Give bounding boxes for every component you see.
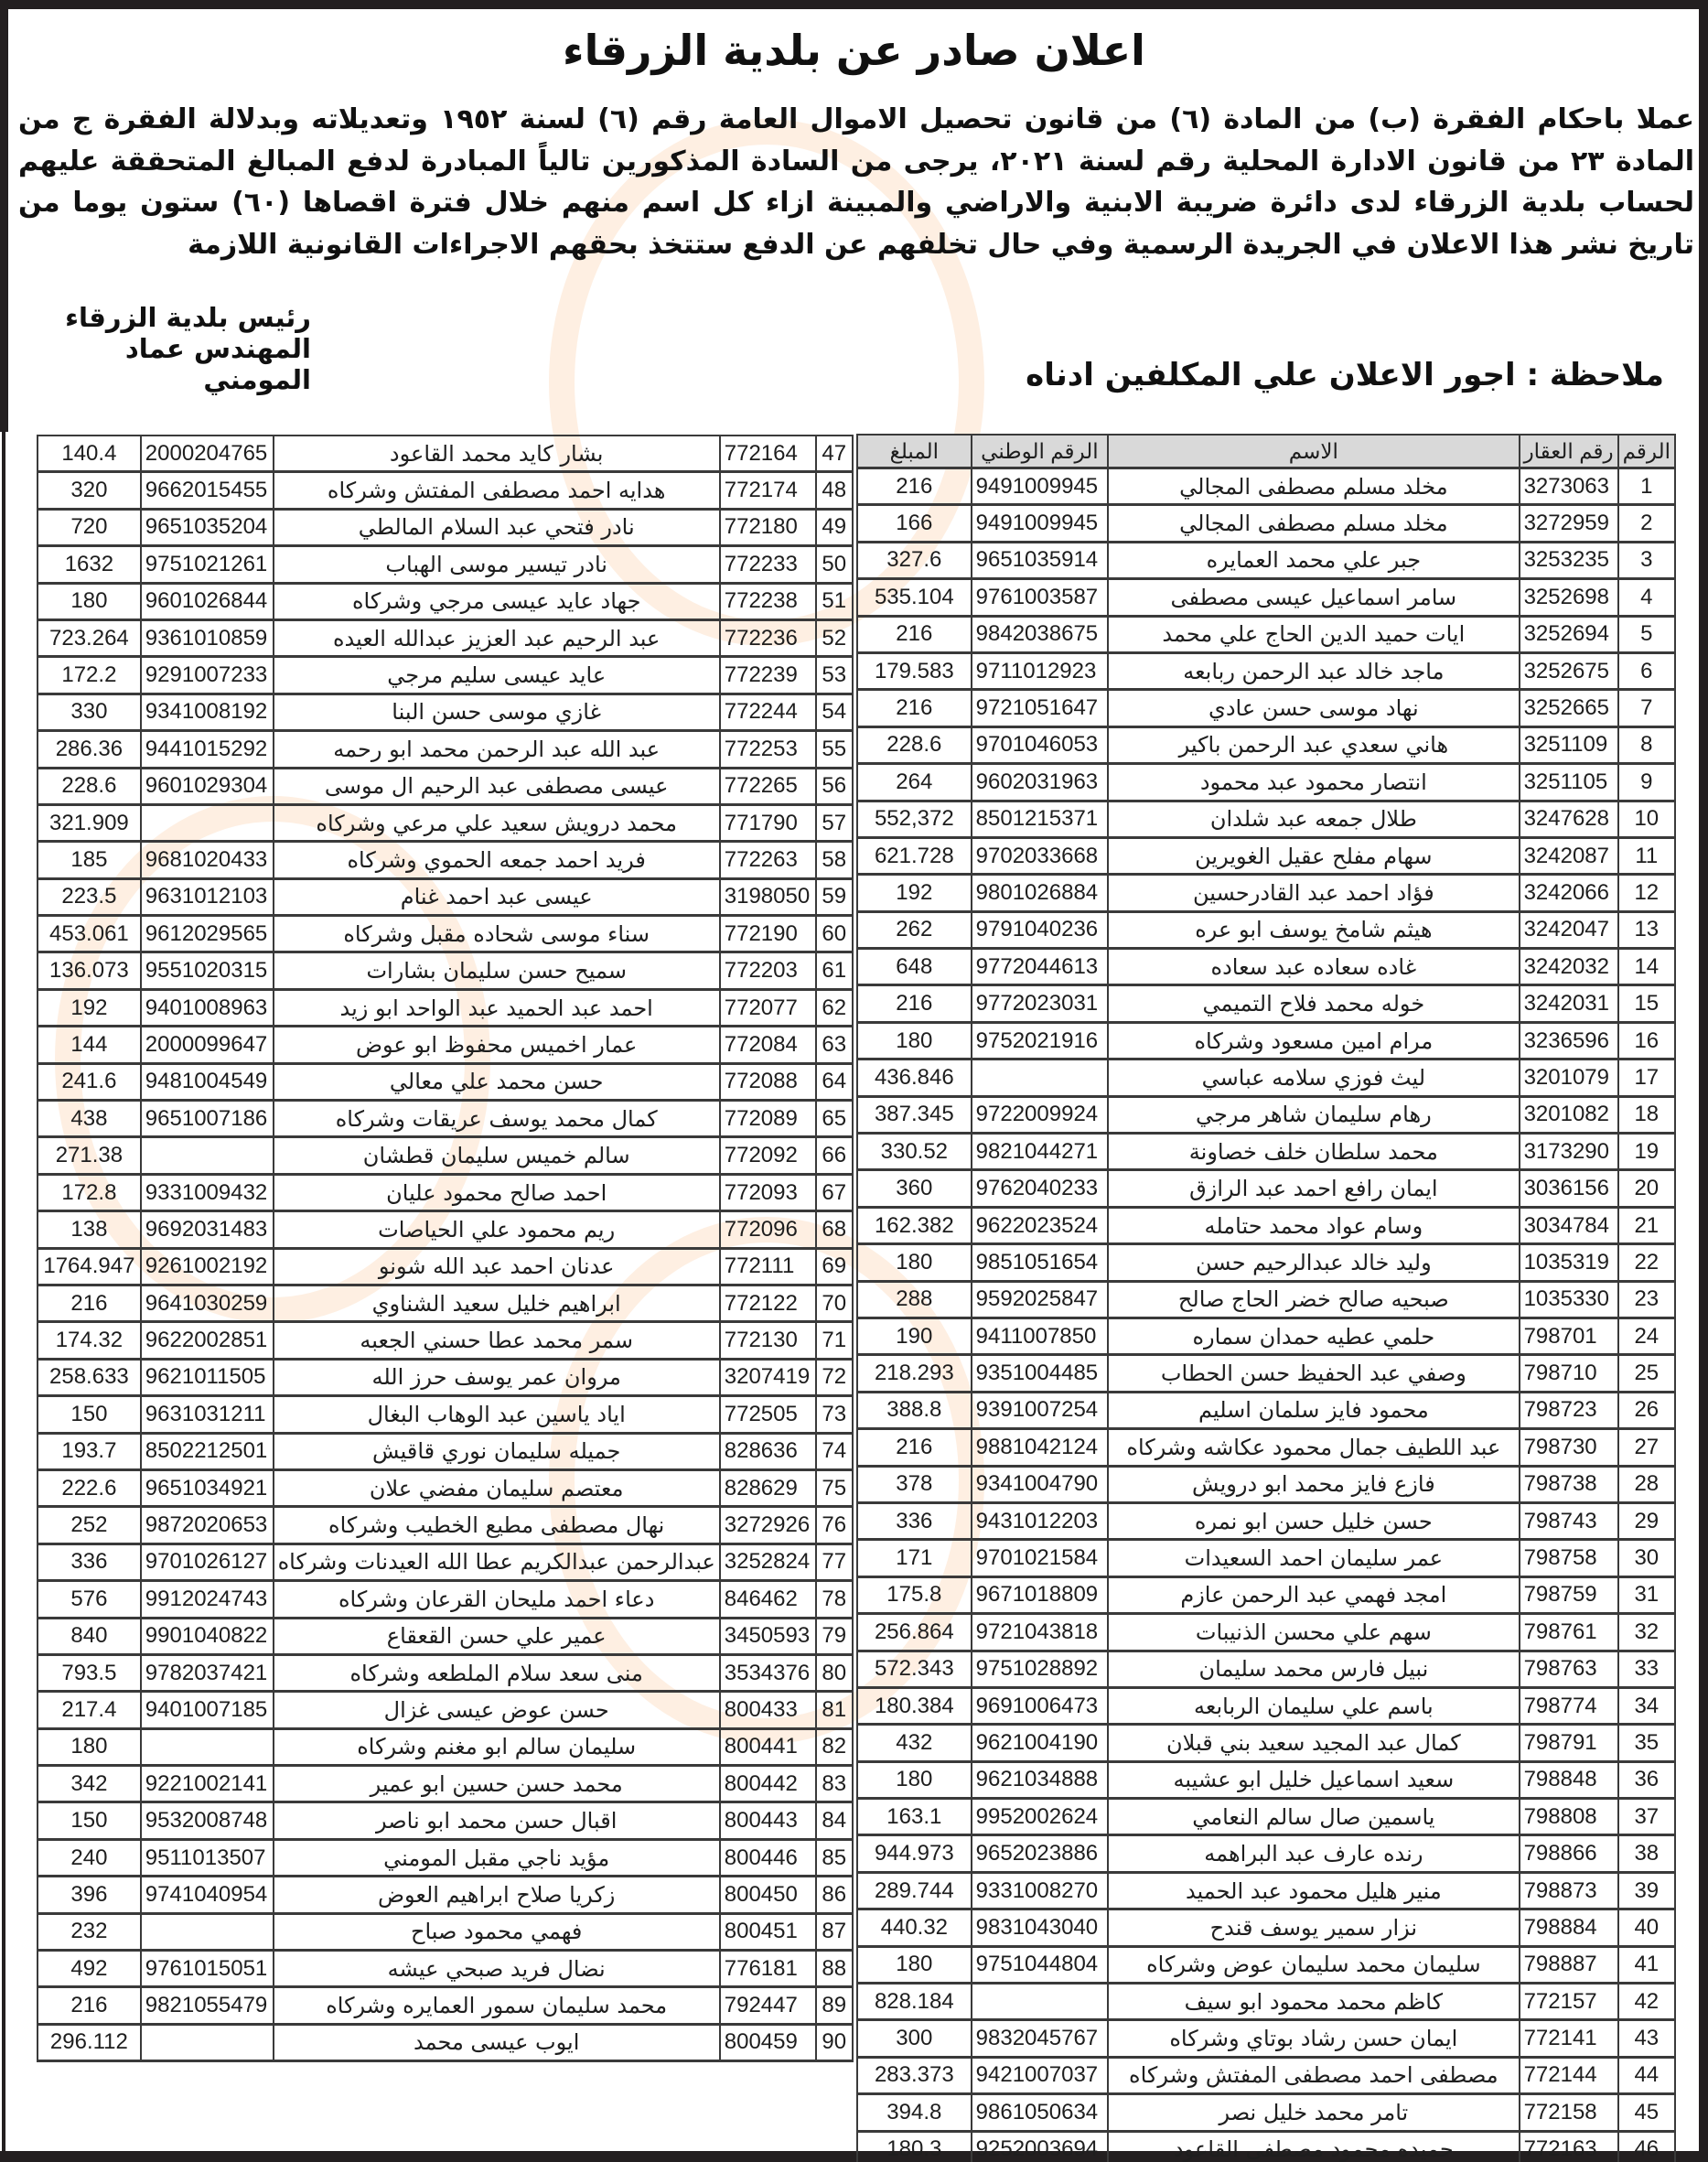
- taxpayer-name: مصطفى احمد مصطفى المفتش وشركاه: [1108, 2057, 1519, 2093]
- taxpayer-name: سالم خميس سليمان قطشان: [274, 1137, 720, 1174]
- signature-name: المهندس عماد المومني: [37, 333, 311, 395]
- national-id: 9291007233: [141, 657, 274, 694]
- amount-due: 216: [857, 690, 972, 726]
- property-number: 3252694: [1520, 616, 1618, 652]
- national-id: 9331009432: [141, 1174, 274, 1210]
- table-row: 193173290محمد سلطان خلف خصاونة9821044271…: [857, 1134, 1675, 1170]
- row-index: 37: [1618, 1799, 1675, 1835]
- taxpayer-name: عايد عيسى سليم مرجي: [274, 657, 720, 694]
- row-index: 69: [816, 1248, 853, 1285]
- amount-due: 436.846: [857, 1059, 972, 1096]
- taxpayer-name: تامر محمد خليل نصر: [1108, 2094, 1519, 2131]
- property-number: 800442: [720, 1766, 816, 1802]
- table-row: 803534376منى سعد سلام الملطعه وشركاه9782…: [38, 1654, 853, 1691]
- property-number: 772157: [1520, 1984, 1618, 2020]
- property-number: 772141: [1520, 2020, 1618, 2057]
- row-index: 44: [1618, 2057, 1675, 2093]
- row-index: 39: [1618, 1872, 1675, 1909]
- property-number: 3272926: [720, 1507, 816, 1544]
- property-number: 798763: [1520, 1651, 1618, 1687]
- property-number: 772239: [720, 657, 816, 694]
- amount-due: 342: [38, 1766, 141, 1802]
- national-id: 9351004485: [972, 1355, 1108, 1392]
- amount-due: 440.32: [857, 1909, 972, 1946]
- national-id: 9631031211: [141, 1396, 274, 1433]
- taxpayer-name: هيثم شامخ يوسف ابو عره: [1108, 911, 1519, 948]
- property-number: 772093: [720, 1174, 816, 1210]
- national-id: 9831043040: [972, 1909, 1108, 1946]
- signature-block: رئيس بلدية الزرقاء المهندس عماد المومني: [37, 302, 311, 395]
- row-index: 24: [1618, 1318, 1675, 1354]
- amount-due: 621.728: [857, 837, 972, 874]
- taxpayer-name: نزار سمير يوسف قندح: [1108, 1909, 1519, 1946]
- property-number: 3247628: [1520, 801, 1618, 837]
- property-number: 798743: [1520, 1502, 1618, 1539]
- row-index: 34: [1618, 1687, 1675, 1724]
- national-id: 9622002851: [141, 1322, 274, 1359]
- national-id: 9532008748: [141, 1802, 274, 1839]
- row-index: 26: [1618, 1392, 1675, 1428]
- national-id: 9752021916: [972, 1022, 1108, 1059]
- taxpayer-name: انتصار محمود عبد محمود: [1108, 764, 1519, 801]
- property-number: 798774: [1520, 1687, 1618, 1724]
- amount-due: 190: [857, 1318, 972, 1354]
- taxpayer-name: طلال جمعه عبد شلدان: [1108, 801, 1519, 837]
- table-row: 74828636جميله سليمان نوري قاقيش850221250…: [38, 1433, 853, 1469]
- property-number: 800446: [720, 1839, 816, 1876]
- national-id: 9441015292: [141, 731, 274, 768]
- row-index: 31: [1618, 1576, 1675, 1613]
- amount-due: 217.4: [38, 1692, 141, 1728]
- amount-due: 193.7: [38, 1433, 141, 1469]
- national-id: 9842038675: [972, 616, 1108, 652]
- table-row: 87800451فهمي محمود صباح232: [38, 1913, 853, 1950]
- taxpayer-name: عبد اللطيف جمال محمود عكاشه وشركاه: [1108, 1429, 1519, 1466]
- row-index: 68: [816, 1211, 853, 1248]
- property-number: 800433: [720, 1692, 816, 1728]
- table-row: 103247628طلال جمعه عبد شلدان850121537155…: [857, 801, 1675, 837]
- table-row: 57771790محمد درويش سعيد علي مرعي وشركاه3…: [38, 804, 853, 841]
- property-number: 772236: [720, 619, 816, 656]
- property-number: 3252675: [1520, 652, 1618, 689]
- row-index: 47: [816, 436, 853, 472]
- property-number: 3251105: [1520, 764, 1618, 801]
- row-index: 86: [816, 1877, 853, 1913]
- property-number: 800451: [720, 1913, 816, 1950]
- property-number: 798701: [1520, 1318, 1618, 1354]
- amount-due: 179.583: [857, 652, 972, 689]
- taxpayer-name: نادر فتحي عبد السلام المالطي: [274, 509, 720, 545]
- amount-due: 394.8: [857, 2094, 972, 2131]
- table-row: 793450593عمير علي حسن القعقاع99010408228…: [38, 1618, 853, 1654]
- national-id: 9772044613: [972, 949, 1108, 985]
- row-index: 79: [816, 1618, 853, 1654]
- property-number: 3034784: [1520, 1207, 1618, 1243]
- amount-due: 218.293: [857, 1355, 972, 1392]
- national-id: 9621004190: [972, 1725, 1108, 1761]
- taxpayer-name: وليد خالد عبدالرحيم حسن: [1108, 1244, 1519, 1281]
- amount-due: 387.345: [857, 1096, 972, 1133]
- national-id: [141, 1913, 274, 1950]
- table-row: 86800450زكريا صلاح ابراهيم العوض97410409…: [38, 1877, 853, 1913]
- national-id: 9791040236: [972, 911, 1108, 948]
- amount-due: 289.744: [857, 1872, 972, 1909]
- amount-due: 1764.947: [38, 1248, 141, 1285]
- row-index: 72: [816, 1359, 853, 1395]
- row-index: 27: [1618, 1429, 1675, 1466]
- table-row: 52772236عبد الرحيم عبد العزيز عبدالله ال…: [38, 619, 853, 656]
- national-id: 9692031483: [141, 1211, 274, 1248]
- table-row: 24798701حلمي عطيه حمدان سماره94110078501…: [857, 1318, 1675, 1354]
- property-number: 798723: [1520, 1392, 1618, 1428]
- property-number: 3252698: [1520, 579, 1618, 616]
- property-number: 772096: [720, 1211, 816, 1248]
- national-id: 9631012103: [141, 878, 274, 915]
- table-row: 183201082رهام سليمان شاهر مرجي9722009924…: [857, 1096, 1675, 1133]
- national-id: 8502212501: [141, 1433, 274, 1469]
- table-row: 46772163حميده محمود مصطفى القاعود9252003…: [857, 2131, 1675, 2162]
- taxpayer-name: غازي موسى حسن البنا: [274, 694, 720, 730]
- taxpayer-name: عمر سليمان احمد السعيدات: [1108, 1540, 1519, 1576]
- table-row: 163236596مرام امين مسعود وشركاه975202191…: [857, 1022, 1675, 1059]
- amount-due: 136.073: [38, 952, 141, 989]
- row-index: 51: [816, 583, 853, 619]
- property-number: 800450: [720, 1877, 816, 1913]
- row-index: 71: [816, 1322, 853, 1359]
- national-id: 9481004549: [141, 1063, 274, 1100]
- national-id: 9221002141: [141, 1766, 274, 1802]
- row-index: 9: [1618, 764, 1675, 801]
- property-number: 798761: [1520, 1614, 1618, 1651]
- row-index: 57: [816, 804, 853, 841]
- table-row: 69772111عدنان احمد عبد الله شونو92610021…: [38, 1248, 853, 1285]
- national-id: 9872020653: [141, 1507, 274, 1544]
- table-row: 65772089كمال محمد يوسف عريقات وشركاه9651…: [38, 1101, 853, 1137]
- national-id: 8501215371: [972, 801, 1108, 837]
- amount-due: 180: [857, 1761, 972, 1798]
- national-id: [972, 1059, 1108, 1096]
- row-index: 90: [816, 2024, 853, 2060]
- row-index: 3: [1618, 542, 1675, 578]
- national-id: 9652023886: [972, 1835, 1108, 1872]
- taxpayer-name: نهاد موسى حسن عادي: [1108, 690, 1519, 726]
- table-row: 55772253عبد الله عبد الرحمن محمد ابو رحم…: [38, 731, 853, 768]
- table-row: 53772239عايد عيسى سليم مرجي9291007233172…: [38, 657, 853, 694]
- table-row: 73252665نهاد موسى حسن عادي9721051647216: [857, 690, 1675, 726]
- taxpayer-name: كمال محمد يوسف عريقات وشركاه: [274, 1101, 720, 1137]
- property-number: 3236596: [1520, 1022, 1618, 1059]
- amount-due: 175.8: [857, 1576, 972, 1613]
- property-number: 772180: [720, 509, 816, 545]
- row-index: 35: [1618, 1725, 1675, 1761]
- table-row: 30798758عمر سليمان احمد السعيدات97010215…: [857, 1540, 1675, 1576]
- property-number: 3201082: [1520, 1096, 1618, 1133]
- amount-due: 180: [857, 1946, 972, 1983]
- national-id: 9651035204: [141, 509, 274, 545]
- row-index: 2: [1618, 505, 1675, 542]
- property-number: 3242031: [1520, 985, 1618, 1022]
- row-index: 33: [1618, 1651, 1675, 1687]
- row-index: 84: [816, 1802, 853, 1839]
- header-property-no: رقم العقار: [1520, 435, 1618, 468]
- amount-due: 172.8: [38, 1174, 141, 1210]
- row-index: 52: [816, 619, 853, 656]
- amount-due: 330.52: [857, 1134, 972, 1170]
- amount-due: 232: [38, 1913, 141, 1950]
- national-id: 9772023031: [972, 985, 1108, 1022]
- property-number: 798873: [1520, 1872, 1618, 1909]
- row-index: 22: [1618, 1244, 1675, 1281]
- taxpayer-name: فازع فايز محمد ابو درويش: [1108, 1466, 1519, 1502]
- table-row: 88776181نضال فريد صبحي عيشه9761015051492: [38, 1951, 853, 1987]
- taxpayer-name: نضال فريد صبحي عيشه: [274, 1951, 720, 1987]
- table-row: 44772144مصطفى احمد مصطفى المفتش وشركاه94…: [857, 2057, 1675, 2093]
- taxpayer-name: جميله سليمان نوري قاقيش: [274, 1433, 720, 1469]
- property-number: 792447: [720, 1987, 816, 2024]
- property-number: 800441: [720, 1728, 816, 1765]
- row-index: 73: [816, 1396, 853, 1433]
- national-id: 2000204765: [141, 436, 274, 472]
- row-index: 10: [1618, 801, 1675, 837]
- taxpayer-name: ايمان رافع احمد عبد الرازق: [1108, 1170, 1519, 1207]
- national-id: 9861050634: [972, 2094, 1108, 2131]
- row-index: 8: [1618, 726, 1675, 763]
- taxpayer-name: عمار اخميس محفوظ ابو عوض: [274, 1027, 720, 1063]
- amount-due: 166: [857, 505, 972, 542]
- national-id: 9691006473: [972, 1687, 1108, 1724]
- taxpayer-name: محمود فايز سلمان اسليم: [1108, 1392, 1519, 1428]
- table-row: 43772141ايمان حسن رشاد بوتاي وشركاه98320…: [857, 2020, 1675, 2057]
- amount-due: 330: [38, 694, 141, 730]
- row-index: 32: [1618, 1614, 1675, 1651]
- table-body-right: 13273063مخلد مسلم مصطفى المجالي949100994…: [857, 468, 1675, 2162]
- row-index: 74: [816, 1433, 853, 1469]
- row-index: 20: [1618, 1170, 1675, 1207]
- property-number: 772144: [1520, 2057, 1618, 2093]
- taxpayer-name: صبحيه صالح خضر الحاج صالح: [1108, 1281, 1519, 1318]
- table-row: 763272926نهال مصطفى مطيع الخطيب وشركاه98…: [38, 1507, 853, 1544]
- row-index: 46: [1618, 2131, 1675, 2162]
- row-index: 53: [816, 657, 853, 694]
- taxpayer-name: عدنان احمد عبد الله شونو: [274, 1248, 720, 1285]
- property-number: 798738: [1520, 1466, 1618, 1502]
- amount-due: 264: [857, 764, 972, 801]
- header-national-id: الرقم الوطني: [972, 435, 1108, 468]
- table-row: 593198050عيسى عبد احمد غنام9631012103223…: [38, 878, 853, 915]
- amount-due: 944.973: [857, 1835, 972, 1872]
- table-row: 23272959مخلد مسلم مصطفى المجالي949100994…: [857, 505, 1675, 542]
- taxpayer-name: سمر محمد عطا حسني الجعبه: [274, 1322, 720, 1359]
- property-number: 3251109: [1520, 726, 1618, 763]
- property-number: 772092: [720, 1137, 816, 1174]
- national-id: 9671018809: [972, 1576, 1108, 1613]
- property-number: 3534376: [720, 1654, 816, 1691]
- national-id: 9782037421: [141, 1654, 274, 1691]
- taxpayer-name: عبدالرحمن عبدالكريم عطا الله العيدنات وش…: [274, 1544, 720, 1580]
- amount-due: 256.864: [857, 1614, 972, 1651]
- row-index: 81: [816, 1692, 853, 1728]
- table-row: 173201079ليث فوزي سلامه عباسي436.846: [857, 1059, 1675, 1096]
- row-index: 55: [816, 731, 853, 768]
- note-line: ملاحظة : اجور الاعلان علي المكلفين ادناه: [1026, 357, 1664, 393]
- row-index: 23: [1618, 1281, 1675, 1318]
- amount-due: 150: [38, 1396, 141, 1433]
- row-index: 83: [816, 1766, 853, 1802]
- national-id: 9702033668: [972, 837, 1108, 874]
- national-id: 9721043818: [972, 1614, 1108, 1651]
- table-row: 42772157كاظم محمد محمود ابو سيف828.184: [857, 1984, 1675, 2020]
- national-id: 9952002624: [972, 1799, 1108, 1835]
- table-row: 37798808ياسمين صال سالم النعامي995200262…: [857, 1799, 1675, 1835]
- property-number: 776181: [720, 1951, 816, 1987]
- row-index: 56: [816, 768, 853, 804]
- table-row: 67772093احمد صالح محمود عليان93310094321…: [38, 1174, 853, 1210]
- property-number: 772174: [720, 472, 816, 509]
- amount-due: 360: [857, 1170, 972, 1207]
- national-id: 9881042124: [972, 1429, 1108, 1466]
- property-number: 772233: [720, 546, 816, 583]
- table-row: 66772092سالم خميس سليمان قطشان271.38: [38, 1137, 853, 1174]
- row-index: 7: [1618, 690, 1675, 726]
- row-index: 6: [1618, 652, 1675, 689]
- table-row: 56772265عيسى مصطفى عبد الرحيم ال موسى960…: [38, 768, 853, 804]
- amount-due: 185: [38, 842, 141, 878]
- taxpayer-name: مروان عمر يوسف حرز الله: [274, 1359, 720, 1395]
- row-index: 16: [1618, 1022, 1675, 1059]
- amount-due: 300: [857, 2020, 972, 2057]
- row-index: 66: [816, 1137, 853, 1174]
- taxpayer-name: امجد فهمي عبد الرحمن عازم: [1108, 1576, 1519, 1613]
- national-id: 9592025847: [972, 1281, 1108, 1318]
- taxpayer-name: فريد احمد جمعه الحموي وشركاه: [274, 842, 720, 878]
- amount-due: 432: [857, 1725, 972, 1761]
- amount-due: 840: [38, 1618, 141, 1654]
- table-row: 31798759امجد فهمي عبد الرحمن عازم9671018…: [857, 1576, 1675, 1613]
- taxpayer-name: ايمان حسن رشاد بوتاي وشركاه: [1108, 2020, 1519, 2057]
- property-number: 3242047: [1520, 911, 1618, 948]
- national-id: 9491009945: [972, 468, 1108, 505]
- national-id: 9651034921: [141, 1469, 274, 1506]
- row-index: 60: [816, 916, 853, 952]
- property-number: 772263: [720, 842, 816, 878]
- table-row: 84800443اقبال حسن محمد ابو ناصر953200874…: [38, 1802, 853, 1839]
- national-id: [141, 1137, 274, 1174]
- amount-due: 216: [857, 616, 972, 652]
- amount-due: 138: [38, 1211, 141, 1248]
- property-number: 3253235: [1520, 542, 1618, 578]
- national-id: 9641030259: [141, 1285, 274, 1321]
- amount-due: 720: [38, 509, 141, 545]
- property-number: 3252665: [1520, 690, 1618, 726]
- row-index: 13: [1618, 911, 1675, 948]
- table-row: 29798743حسن خليل حسن ابو نمره94310122033…: [857, 1502, 1675, 1539]
- national-id: 9711012923: [972, 652, 1108, 689]
- row-index: 62: [816, 989, 853, 1026]
- row-index: 30: [1618, 1540, 1675, 1576]
- amount-due: 180: [857, 1022, 972, 1059]
- property-number: 3198050: [720, 878, 816, 915]
- amount-due: 286.36: [38, 731, 141, 768]
- row-index: 85: [816, 1839, 853, 1876]
- taxpayer-name: سليمان محمد سليمان عوض وشركاه: [1108, 1946, 1519, 1983]
- table-row: 35798791كمال عبد المجيد سعيد بني قبلان96…: [857, 1725, 1675, 1761]
- taxpayer-name: محمد حسن حسين ابو عمير: [274, 1766, 720, 1802]
- row-index: 59: [816, 878, 853, 915]
- property-number: 798808: [1520, 1799, 1618, 1835]
- table-row: 48772174هدايه احمد مصطفى المفتش وشركاه96…: [38, 472, 853, 509]
- taxpayer-name: حسن عوض عيسى غزال: [274, 1692, 720, 1728]
- national-id: 9721051647: [972, 690, 1108, 726]
- taxpayer-name: رنده عارف عبد البراهمه: [1108, 1835, 1519, 1872]
- taxpayer-name: محمد سلطان خلف خصاونة: [1108, 1134, 1519, 1170]
- table-row: 27798730عبد اللطيف جمال محمود عكاشه وشرك…: [857, 1429, 1675, 1466]
- amount-due: 320: [38, 472, 141, 509]
- table-row: 36798848سعيد اسماعيل خليل ابو عشيبه96210…: [857, 1761, 1675, 1798]
- national-id: 9801026884: [972, 875, 1108, 911]
- national-id: 9761003587: [972, 579, 1108, 616]
- taxpayer-name: نهال مصطفى مطيع الخطيب وشركاه: [274, 1507, 720, 1544]
- table-row: 153242031خوله محمد فلاح التميمي977202303…: [857, 985, 1675, 1022]
- property-number: 3272959: [1520, 505, 1618, 542]
- property-number: 772164: [720, 436, 816, 472]
- table-row: 113242087سهام مفلح عقيل الغويرين97020336…: [857, 837, 1675, 874]
- property-number: 3173290: [1520, 1134, 1618, 1170]
- taxpayer-name: باسم علي سليمان الربابعه: [1108, 1687, 1519, 1724]
- amount-due: 572.343: [857, 1651, 972, 1687]
- taxpayer-name: عيسى عبد احمد غنام: [274, 878, 720, 915]
- property-number: 3242066: [1520, 875, 1618, 911]
- property-number: 828629: [720, 1469, 816, 1506]
- amount-due: 723.264: [38, 619, 141, 656]
- frame-right-border: [1699, 0, 1708, 2162]
- property-number: 772190: [720, 916, 816, 952]
- property-number: 798791: [1520, 1725, 1618, 1761]
- national-id: 9602031963: [972, 764, 1108, 801]
- table-header-row: الرقم رقم العقار الاسم الرقم الوطني المب…: [857, 435, 1675, 468]
- national-id: 9701046053: [972, 726, 1108, 763]
- taxpayer-name: عبد الرحيم عبد العزيز عبدالله العيده: [274, 619, 720, 656]
- property-number: 1035319: [1520, 1244, 1618, 1281]
- amount-due: 180.3: [857, 2131, 972, 2162]
- table-row: 133242047هيثم شامخ يوسف ابو عره979104023…: [857, 911, 1675, 948]
- national-id: 9622023524: [972, 1207, 1108, 1243]
- row-index: 61: [816, 952, 853, 989]
- row-index: 21: [1618, 1207, 1675, 1243]
- taxpayer-name: عيسى مصطفى عبد الرحيم ال موسى: [274, 768, 720, 804]
- table-row: 32798761سهم علي محسن الذنيبات97210438182…: [857, 1614, 1675, 1651]
- property-number: 772265: [720, 768, 816, 804]
- national-id: [141, 2024, 274, 2060]
- property-number: 1035330: [1520, 1281, 1618, 1318]
- row-index: 75: [816, 1469, 853, 1506]
- row-index: 5: [1618, 616, 1675, 652]
- table-row: 64772088حسن محمد علي معالي9481004549241.…: [38, 1063, 853, 1100]
- table-row: 203036156ايمان رافع احمد عبد الرازق97620…: [857, 1170, 1675, 1207]
- table-row: 60772190سناء موسى شحاده مقبل وشركاه96120…: [38, 916, 853, 952]
- property-number: 3450593: [720, 1618, 816, 1654]
- taxpayer-name: سامر اسماعيل عيسى مصطفى: [1108, 579, 1519, 616]
- national-id: 9411007850: [972, 1318, 1108, 1354]
- property-number: 772253: [720, 731, 816, 768]
- amount-due: 283.373: [857, 2057, 972, 2093]
- row-index: 82: [816, 1728, 853, 1765]
- taxpayer-name: سميح حسن سليمان بشارات: [274, 952, 720, 989]
- taxpayer-name: غاده سعاده عبد سعاده: [1108, 949, 1519, 985]
- amount-due: 180: [857, 1244, 972, 1281]
- property-number: 798710: [1520, 1355, 1618, 1392]
- property-number: 771790: [720, 804, 816, 841]
- national-id: 9612029565: [141, 916, 274, 952]
